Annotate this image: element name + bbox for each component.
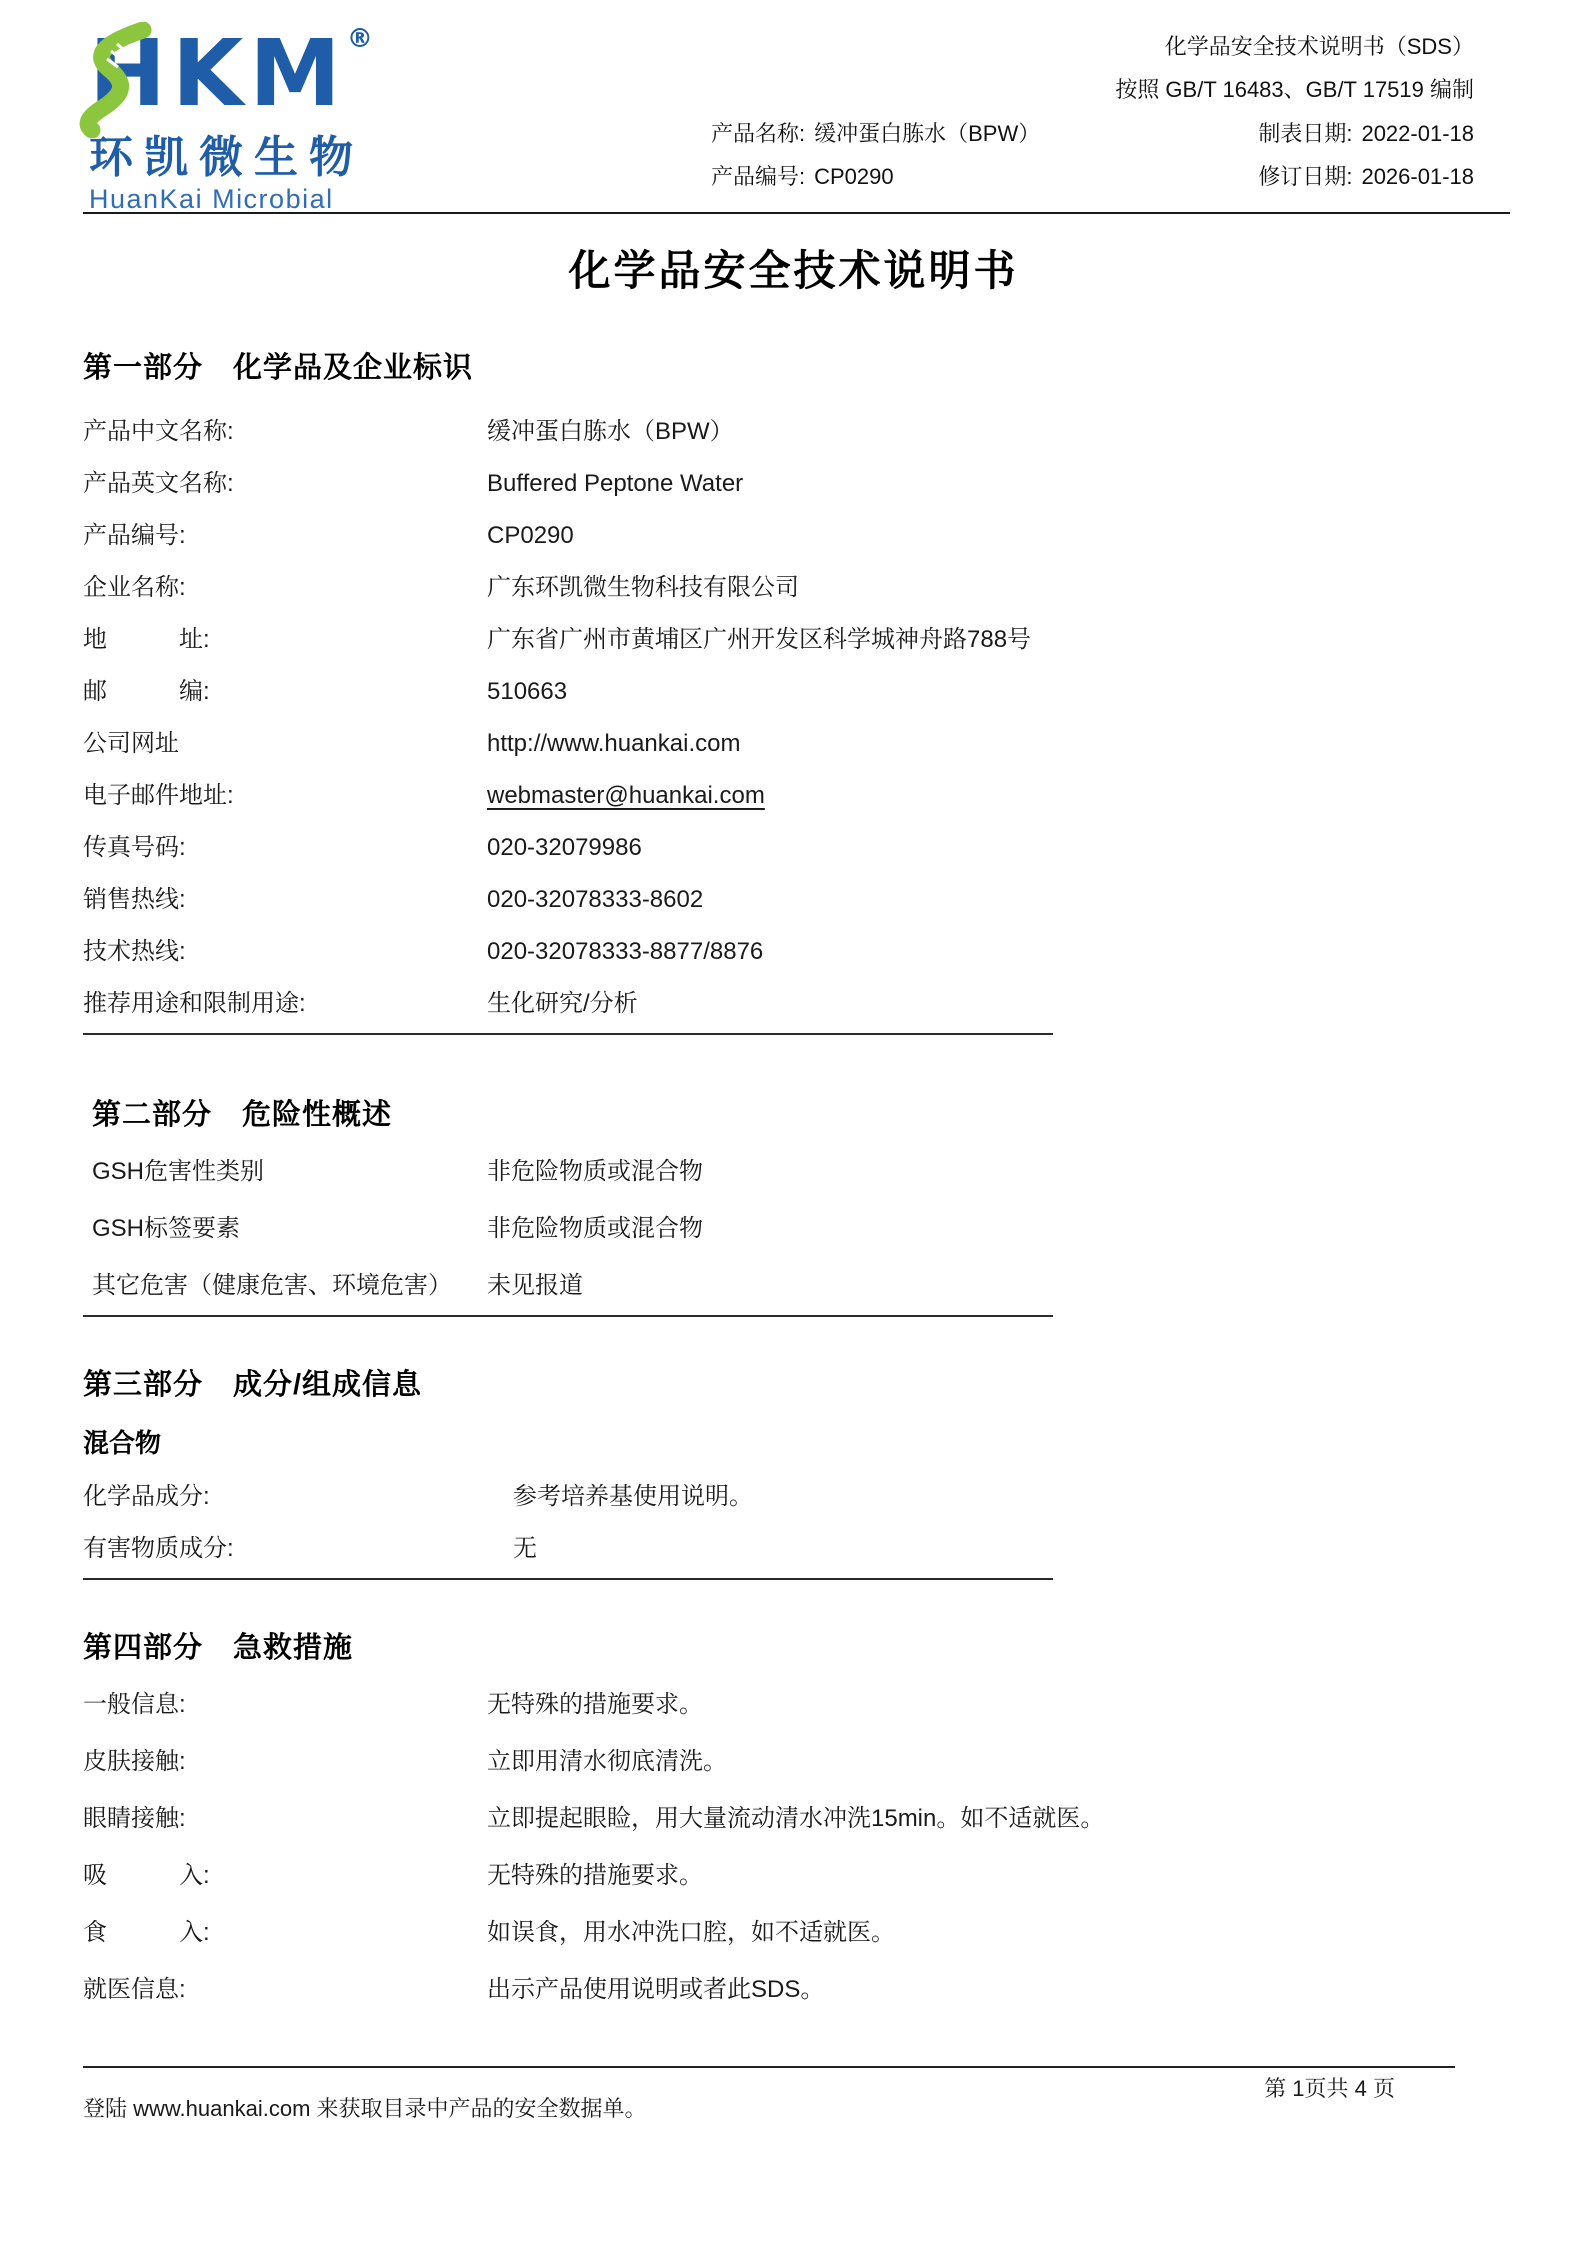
field-value: 参考培养基使用说明。 xyxy=(513,1482,1510,1512)
field-label: 产品编号: xyxy=(83,521,487,551)
info-row: 皮肤接触: 立即用清水彻底清洗。 xyxy=(83,1747,1510,1777)
field-value: 非危险物质或混合物 xyxy=(487,1157,1510,1187)
created-date-pair: 制表日期: 2022-01-18 xyxy=(1258,121,1474,147)
info-row: 一般信息: 无特殊的措施要求。 xyxy=(83,1690,1510,1720)
brand-name-en: HuanKai Microbial xyxy=(89,186,429,213)
field-value: Buffered Peptone Water xyxy=(487,469,1510,499)
field-label: GSH危害性类别 xyxy=(92,1157,487,1187)
field-value: 510663 xyxy=(487,677,1510,707)
info-row: 产品中文名称: 缓冲蛋白胨水（BPW） xyxy=(83,417,1510,447)
product-name-label: 产品名称: xyxy=(711,121,805,147)
section2-heading: 第二部分 危险性概述 xyxy=(92,1101,1510,1130)
field-label: 产品中文名称: xyxy=(83,417,487,447)
section3-block: 第三部分 成分/组成信息 混合物 化学品成分: 参考培养基使用说明。 有害物质成… xyxy=(83,1371,1510,1563)
field-label: 产品英文名称: xyxy=(83,469,487,499)
footer-divider xyxy=(83,2066,1455,2068)
product-code-value: CP0290 xyxy=(814,164,894,190)
field-value: 020-32078333-8602 xyxy=(487,885,1510,915)
field-label: GSH标签要素 xyxy=(92,1214,487,1244)
field-label: 皮肤接触: xyxy=(83,1747,487,1777)
info-row: GSH标签要素 非危险物质或混合物 xyxy=(92,1214,1510,1244)
info-row: 地 址: 广东省广州市黄埔区广州开发区科学城神舟路788号 xyxy=(83,625,1510,655)
info-row: 公司网址 http://www.huankai.com xyxy=(83,729,1510,759)
document-footer: 第 1页共 4 页 登陆 www.huankai.com 来获取目录中产品的安全… xyxy=(83,2066,1510,2136)
product-name-pair: 产品名称: 缓冲蛋白胨水（BPW） xyxy=(711,121,1040,147)
product-code-pair: 产品编号: CP0290 xyxy=(711,164,894,190)
field-label: 传真号码: xyxy=(83,833,487,863)
field-label: 邮 编: xyxy=(83,677,487,707)
section1-heading: 第一部分 化学品及企业标识 xyxy=(83,354,1510,383)
product-name-line: 产品名称: 缓冲蛋白胨水（BPW） 制表日期: 2022-01-18 xyxy=(503,121,1474,147)
field-value: 非危险物质或混合物 xyxy=(487,1214,1510,1244)
field-label: 电子邮件地址: xyxy=(83,781,487,811)
info-row: 有害物质成分: 无 xyxy=(83,1534,1510,1564)
section3-divider xyxy=(83,1578,1053,1580)
field-label: 其它危害（健康危害、环境危害） xyxy=(92,1271,487,1301)
info-row: 销售热线: 020-32078333-8602 xyxy=(83,885,1510,915)
info-row: 其它危害（健康危害、环境危害） 未见报道 xyxy=(92,1271,1510,1301)
field-label: 企业名称: xyxy=(83,573,487,603)
field-label: 就医信息: xyxy=(83,1975,487,2005)
field-label: 吸 入: xyxy=(83,1861,487,1891)
page-number: 第 1页共 4 页 xyxy=(1264,2072,1395,2103)
info-row: 眼睛接触: 立即提起眼睑，用大量流动清水冲洗15min。如不适就医。 xyxy=(83,1804,1510,1834)
registered-trademark-icon: ® xyxy=(347,24,373,54)
section2-divider xyxy=(83,1315,1053,1317)
field-value: 立即用清水彻底清洗。 xyxy=(487,1747,1510,1777)
page-title: 化学品安全技术说明书 xyxy=(0,246,1587,296)
field-value: 广东省广州市黄埔区广州开发区科学城神舟路788号 xyxy=(487,625,1510,655)
info-row: 吸 入: 无特殊的措施要求。 xyxy=(83,1861,1510,1891)
brand-name-cn: 环凯微生物 xyxy=(89,136,429,180)
doc-type-text: 化学品安全技术说明书（SDS） xyxy=(1165,34,1474,60)
field-value: 无特殊的措施要求。 xyxy=(487,1690,1510,1720)
dna-ribbon-icon xyxy=(77,22,163,138)
logo-wordmark-row: HKM® xyxy=(89,26,429,128)
field-label: 食 入: xyxy=(83,1918,487,1948)
field-label: 技术热线: xyxy=(83,937,487,967)
section4-heading: 第四部分 急救措施 xyxy=(83,1634,1510,1663)
info-row: 传真号码: 020-32079986 xyxy=(83,833,1510,863)
field-label: 公司网址 xyxy=(83,729,487,759)
field-value: 无 xyxy=(513,1534,1510,1564)
product-name-value: 缓冲蛋白胨水（BPW） xyxy=(814,121,1040,147)
field-value: 立即提起眼睑，用大量流动清水冲洗15min。如不适就医。 xyxy=(487,1804,1510,1834)
field-value: 出示产品使用说明或者此SDS。 xyxy=(487,1975,1510,2005)
field-value: 生化研究/分析 xyxy=(487,989,1510,1019)
footer-note: 登陆 www.huankai.com 来获取目录中产品的安全数据单。 xyxy=(83,2092,647,2123)
document-body: 第一部分 化学品及企业标识 产品中文名称: 缓冲蛋白胨水（BPW） 产品英文名称… xyxy=(83,354,1510,2004)
info-row: 化学品成分: 参考培养基使用说明。 xyxy=(83,1482,1510,1512)
field-label: 销售热线: xyxy=(83,885,487,915)
section2-block: 第二部分 危险性概述 GSH危害性类别 非危险物质或混合物 GSH标签要素 非危… xyxy=(92,1101,1510,1301)
header-meta-block: 化学品安全技术说明书（SDS） 按照 GB/T 16483、GB/T 17519… xyxy=(503,34,1474,208)
section3-subheading: 混合物 xyxy=(83,1428,1510,1459)
field-label: 地 址: xyxy=(83,625,487,655)
revised-date-value: 2026-01-18 xyxy=(1361,164,1474,190)
field-value: 未见报道 xyxy=(487,1271,1510,1301)
brand-logo: HKM® 环凯微生物 HuanKai Microbial xyxy=(89,26,429,213)
field-value: http://www.huankai.com xyxy=(487,729,1510,759)
info-row: 产品编号: CP0290 xyxy=(83,521,1510,551)
field-value: 020-32078333-8877/8876 xyxy=(487,937,1510,967)
info-row: 企业名称: 广东环凯微生物科技有限公司 xyxy=(83,573,1510,603)
email-link[interactable]: webmaster@huankai.com xyxy=(487,781,1510,811)
revised-date-pair: 修订日期: 2026-01-18 xyxy=(1258,164,1474,190)
doc-type-line: 化学品安全技术说明书（SDS） xyxy=(503,34,1474,60)
field-value: CP0290 xyxy=(487,521,1510,551)
revised-date-label: 修订日期: xyxy=(1258,164,1352,190)
info-row: 邮 编: 510663 xyxy=(83,677,1510,707)
product-code-label: 产品编号: xyxy=(711,164,805,190)
info-row: 技术热线: 020-32078333-8877/8876 xyxy=(83,937,1510,967)
field-value: 无特殊的措施要求。 xyxy=(487,1861,1510,1891)
section1-divider xyxy=(83,1033,1053,1035)
field-value: 缓冲蛋白胨水（BPW） xyxy=(487,417,1510,447)
field-value: 如误食，用水冲洗口腔，如不适就医。 xyxy=(487,1918,1510,1948)
document-header: HKM® 环凯微生物 HuanKai Microbial 化学品安全技术说明书（… xyxy=(83,26,1510,208)
field-label: 一般信息: xyxy=(83,1690,487,1720)
info-row: GSH危害性类别 非危险物质或混合物 xyxy=(92,1157,1510,1187)
product-code-line: 产品编号: CP0290 修订日期: 2026-01-18 xyxy=(503,164,1474,190)
field-label: 推荐用途和限制用途: xyxy=(83,989,487,1019)
section3-heading: 第三部分 成分/组成信息 xyxy=(83,1371,1510,1400)
info-row: 产品英文名称: Buffered Peptone Water xyxy=(83,469,1510,499)
field-value: 020-32079986 xyxy=(487,833,1510,863)
field-label: 眼睛接触: xyxy=(83,1804,487,1834)
field-label: 化学品成分: xyxy=(83,1482,513,1512)
info-row: 推荐用途和限制用途: 生化研究/分析 xyxy=(83,989,1510,1019)
field-value: 广东环凯微生物科技有限公司 xyxy=(487,573,1510,603)
standard-line: 按照 GB/T 16483、GB/T 17519 编制 xyxy=(503,77,1474,103)
created-date-value: 2022-01-18 xyxy=(1361,121,1474,147)
info-row: 食 入: 如误食，用水冲洗口腔，如不适就医。 xyxy=(83,1918,1510,1948)
info-row: 就医信息: 出示产品使用说明或者此SDS。 xyxy=(83,1975,1510,2005)
field-label: 有害物质成分: xyxy=(83,1534,513,1564)
created-date-label: 制表日期: xyxy=(1258,121,1352,147)
standard-text: 按照 GB/T 16483、GB/T 17519 编制 xyxy=(1115,77,1474,103)
info-row: 电子邮件地址: webmaster@huankai.com xyxy=(83,781,1510,811)
sds-document-page: HKM® 环凯微生物 HuanKai Microbial 化学品安全技术说明书（… xyxy=(0,0,1587,2245)
